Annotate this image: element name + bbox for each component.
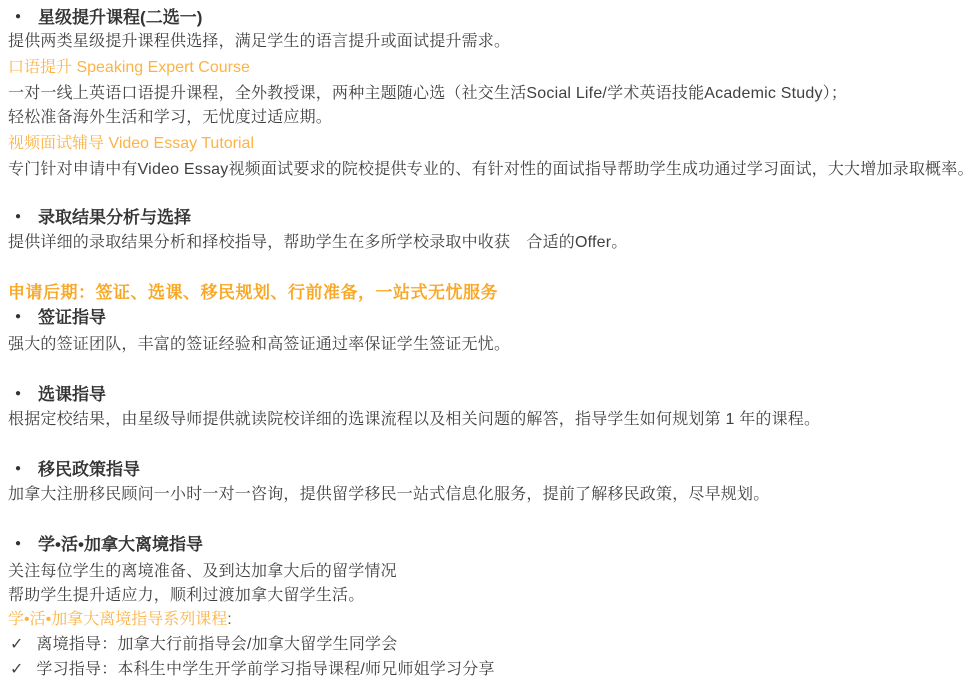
departure-series-colon: : — [227, 611, 231, 628]
bullet-icon: ● — [15, 205, 21, 229]
speaking-course-line2: 轻松准备海外生活和学习，无忧度过适应期。 — [8, 106, 962, 130]
video-tutorial-desc: 专门针对申请中有Video Essay视频面试要求的院校提供专业的、有针对性的面… — [8, 158, 962, 182]
section-heading-text: 学•活•加拿大离境指导 — [38, 533, 203, 557]
departure-series-title-line: 学•活•加拿大离境指导系列课程: — [8, 608, 962, 632]
bullet-icon: ● — [15, 457, 21, 481]
check-icon: ✓ — [10, 658, 23, 682]
section-heading-star-course: ● 星级提升课程(二选一) — [8, 6, 962, 30]
section-heading-departure: ● 学•活•加拿大离境指导 — [8, 533, 962, 557]
section-heading-immigration: ● 移民政策指导 — [8, 458, 962, 482]
departure-line1: 关注每位学生的离境准备、及到达加拿大后的留学情况 — [8, 560, 962, 584]
section-heading-text: 星级提升课程(二选一) — [38, 6, 202, 30]
section-heading-text: 签证指导 — [38, 306, 106, 330]
admission-result-desc: 提供详细的录取结果分析和择校指导，帮助学生在多所学校录取中收获 合适的Offer… — [8, 231, 962, 255]
departure-item: ✓ 学习指导：本科生中学生开学前学习指导课程/师兄师姐学习分享 — [8, 658, 962, 682]
departure-series-title: 学•活•加拿大离境指导系列课程 — [8, 611, 227, 628]
speaking-course-title: 口语提升 Speaking Expert Course — [8, 56, 962, 80]
post-apply-banner: 申请后期：签证、选课、移民规划、行前准备，一站式无忧服务 — [8, 281, 962, 305]
speaking-course-line1: 一对一线上英语口语提升课程，全外教授课，两种主题随心选（社交生活Social L… — [8, 82, 962, 106]
departure-item-text: 离境指导：加拿大行前指导会/加拿大留学生同学会 — [36, 633, 397, 657]
departure-item-text: 学习指导：本科生中学生开学前学习指导课程/师兄师姐学习分享 — [36, 658, 494, 682]
section-heading-text: 移民政策指导 — [38, 458, 140, 482]
visa-desc: 强大的签证团队，丰富的签证经验和高签证通过率保证学生签证无忧。 — [8, 333, 962, 357]
services-document: ● 星级提升课程(二选一) 提供两类星级提升课程供选择，满足学生的语言提升或面试… — [0, 0, 972, 682]
course-selection-desc: 根据定校结果，由星级导师提供就读院校详细的选课流程以及相关问题的解答，指导学生如… — [8, 408, 962, 432]
bullet-icon: ● — [15, 305, 21, 329]
section-heading-visa: ● 签证指导 — [8, 306, 962, 330]
section-heading-course-selection: ● 选课指导 — [8, 383, 962, 407]
section-heading-admission-result: ● 录取结果分析与选择 — [8, 206, 962, 230]
immigration-desc: 加拿大注册移民顾问一小时一对一咨询，提供留学移民一站式信息化服务，提前了解移民政… — [8, 483, 962, 507]
section-heading-text: 录取结果分析与选择 — [38, 206, 191, 230]
check-icon: ✓ — [10, 633, 23, 657]
departure-line2: 帮助学生提升适应力，顺利过渡加拿大留学生活。 — [8, 584, 962, 608]
bullet-icon: ● — [15, 382, 21, 406]
departure-item: ✓ 离境指导：加拿大行前指导会/加拿大留学生同学会 — [8, 633, 962, 657]
bullet-icon: ● — [15, 5, 21, 29]
video-tutorial-title: 视频面试辅导 Video Essay Tutorial — [8, 132, 962, 156]
section-heading-text: 选课指导 — [38, 383, 106, 407]
bullet-icon: ● — [15, 532, 21, 556]
star-course-intro: 提供两类星级提升课程供选择，满足学生的语言提升或面试提升需求。 — [8, 30, 962, 54]
